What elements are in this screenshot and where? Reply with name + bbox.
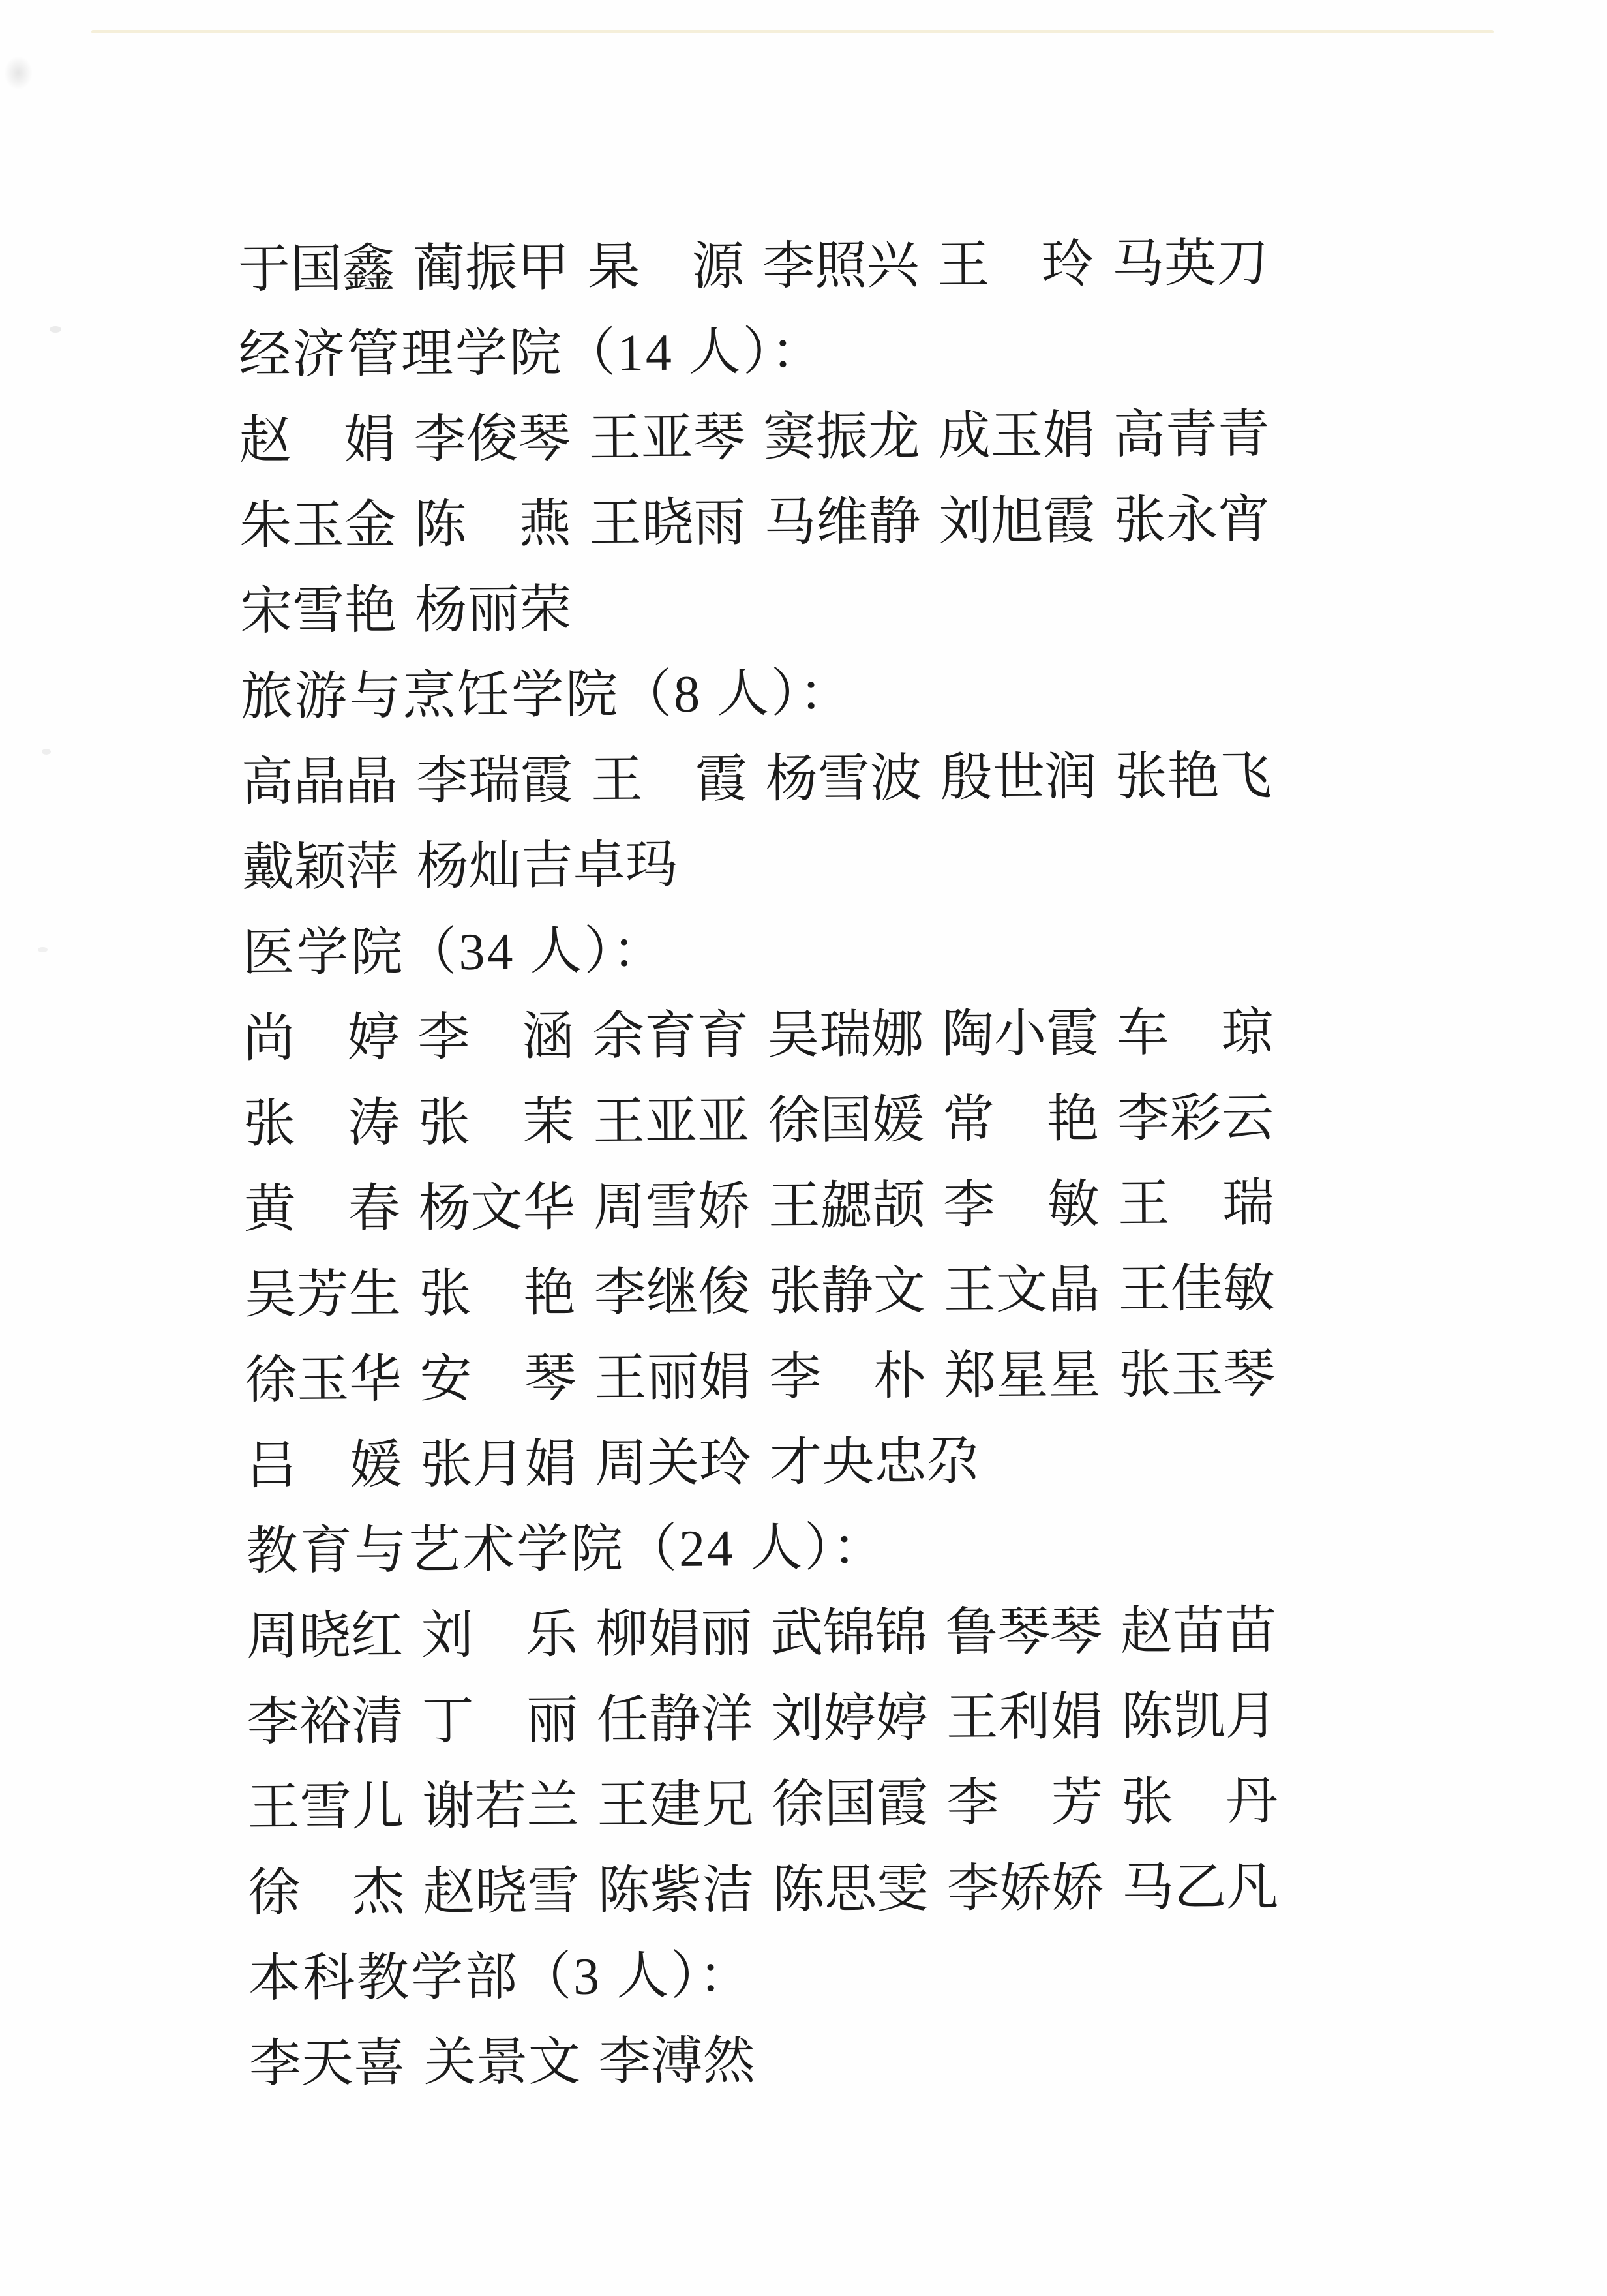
name-row: 李裕清丁 丽任静洋刘婷婷王利娟陈凯月 bbox=[247, 1682, 1296, 1757]
person-name: 王勰颉 bbox=[768, 1172, 925, 1241]
person-name: 陈思雯 bbox=[772, 1856, 929, 1924]
person-name: 才央忠尕 bbox=[770, 1428, 979, 1497]
name-row: 李天喜关景文李溥然 bbox=[249, 2027, 774, 2098]
person-name: 张 艳 bbox=[419, 1260, 576, 1328]
person-name: 马维静 bbox=[764, 489, 921, 557]
person-name: 张 涛 bbox=[243, 1090, 400, 1158]
person-name: 吴芳生 bbox=[244, 1261, 401, 1329]
person-name: 周雪娇 bbox=[593, 1173, 751, 1241]
person-name: 丁 丽 bbox=[421, 1687, 578, 1755]
person-name: 任静洋 bbox=[596, 1685, 753, 1754]
person-name: 徐玉华 bbox=[245, 1346, 402, 1415]
person-name: 李娇娇 bbox=[947, 1854, 1104, 1923]
person-name: 杨雪波 bbox=[766, 745, 923, 813]
person-name: 郑星星 bbox=[944, 1342, 1101, 1410]
person-name: 张 茉 bbox=[418, 1089, 575, 1157]
person-name: 武锦锦 bbox=[771, 1599, 928, 1668]
person-name: 赵苗苗 bbox=[1120, 1597, 1278, 1665]
person-name: 张月娟 bbox=[420, 1430, 577, 1499]
person-name: 安 琴 bbox=[419, 1345, 577, 1413]
person-name: 蔺振甲 bbox=[413, 234, 570, 303]
person-name: 王 霞 bbox=[591, 746, 748, 814]
section-heading: 教育与艺术学院（24 人）： bbox=[246, 1514, 887, 1586]
person-name: 王文晶 bbox=[943, 1256, 1100, 1325]
person-name: 徐国媛 bbox=[768, 1087, 925, 1155]
document-page: 于国鑫蔺振甲杲 源李照兴王 玲马英刀经济管理学院（14 人）：赵 娟李俊琴王亚琴… bbox=[0, 0, 1607, 2296]
person-name: 李 芳 bbox=[946, 1769, 1104, 1837]
section-heading: 本科教学部（3 人）： bbox=[248, 1942, 753, 2013]
name-row: 徐玉华安 琴王丽娟李 朴郑星星张玉琴 bbox=[245, 1340, 1294, 1415]
person-name: 赵 娟 bbox=[239, 406, 396, 475]
person-name: 余育育 bbox=[592, 1002, 749, 1070]
name-row: 徐 杰赵晓雪陈紫洁陈思雯李娇娇马乙凡 bbox=[248, 1853, 1297, 1927]
person-name: 李 敏 bbox=[943, 1171, 1100, 1239]
section-heading: 经济管理学院（14 人）： bbox=[239, 318, 826, 389]
name-row: 戴颖萍杨灿吉卓玛 bbox=[241, 832, 696, 902]
person-name: 常 艳 bbox=[942, 1085, 1100, 1154]
person-name: 李照兴 bbox=[762, 232, 920, 301]
person-name: 马乙凡 bbox=[1122, 1853, 1279, 1922]
person-name: 杨文华 bbox=[419, 1174, 576, 1243]
person-name: 王晓雨 bbox=[589, 489, 746, 558]
person-name: 刘旭霞 bbox=[939, 487, 1096, 556]
person-name: 窦振龙 bbox=[763, 403, 920, 472]
name-row: 张 涛张 茉王亚亚徐国媛常 艳李彩云 bbox=[243, 1084, 1293, 1158]
person-name: 赵晓雪 bbox=[423, 1858, 580, 1926]
person-name: 陈紫洁 bbox=[597, 1856, 755, 1925]
person-name: 马英刀 bbox=[1112, 230, 1269, 298]
person-name: 尚 婷 bbox=[243, 1004, 400, 1073]
person-name: 王利娟 bbox=[946, 1684, 1103, 1752]
person-name: 杨灿吉卓玛 bbox=[416, 832, 678, 901]
person-name: 刘婷婷 bbox=[771, 1685, 928, 1753]
person-name: 王雪儿 bbox=[247, 1773, 404, 1841]
person-name: 周晓红 bbox=[247, 1602, 404, 1670]
person-name: 张永宵 bbox=[1113, 486, 1270, 554]
person-name: 徐国霞 bbox=[772, 1770, 929, 1839]
name-row: 王雪儿谢若兰王建兄徐国霞李 芳张 丹 bbox=[247, 1768, 1297, 1842]
name-row: 吕 媛张月娟周关玲才央忠尕 bbox=[245, 1428, 997, 1500]
person-name: 李彩云 bbox=[1117, 1084, 1274, 1153]
person-name: 李溥然 bbox=[599, 2027, 756, 2096]
person-name: 李继俊 bbox=[593, 1258, 751, 1327]
person-name: 李裕清 bbox=[247, 1687, 404, 1756]
person-name: 李 朴 bbox=[769, 1343, 926, 1412]
person-name: 朱玉金 bbox=[239, 492, 397, 560]
person-name: 王亚琴 bbox=[588, 404, 745, 472]
person-name: 高晶晶 bbox=[241, 748, 398, 817]
person-name: 关景文 bbox=[424, 2029, 581, 2097]
person-name: 戴颖萍 bbox=[241, 834, 398, 902]
person-name: 李瑞霞 bbox=[416, 747, 573, 815]
person-name: 成玉娟 bbox=[938, 402, 1095, 470]
person-name: 王 玲 bbox=[937, 231, 1094, 299]
name-row: 高晶晶李瑞霞王 霞杨雪波殷世润张艳飞 bbox=[241, 742, 1291, 817]
name-row: 宋雪艳杨丽荣 bbox=[240, 576, 590, 646]
document-content: 于国鑫蔺振甲杲 源李照兴王 玲马英刀经济管理学院（14 人）：赵 娟李俊琴王亚琴… bbox=[0, 0, 1607, 2296]
person-name: 陶小霞 bbox=[942, 1000, 1099, 1068]
name-row: 黄 春杨文华周雪娇王勰颉李 敏王 瑞 bbox=[244, 1170, 1293, 1244]
person-name: 王 瑞 bbox=[1118, 1170, 1275, 1238]
name-row: 赵 娟李俊琴王亚琴窦振龙成玉娟高青青 bbox=[239, 400, 1288, 475]
person-name: 张艳飞 bbox=[1115, 742, 1272, 811]
name-row: 朱玉金陈 燕王晓雨马维静刘旭霞张永宵 bbox=[239, 486, 1289, 560]
person-name: 杲 源 bbox=[588, 233, 745, 301]
person-name: 鲁琴琴 bbox=[946, 1598, 1103, 1667]
name-row: 吴芳生张 艳李继俊张静文王文晶王佳敏 bbox=[244, 1255, 1293, 1329]
person-name: 高青青 bbox=[1113, 400, 1270, 469]
person-name: 李俊琴 bbox=[413, 405, 571, 474]
person-name: 吴瑞娜 bbox=[767, 1001, 924, 1070]
person-name: 吕 媛 bbox=[245, 1432, 402, 1500]
section-heading: 医学院（34 人）： bbox=[242, 917, 667, 988]
section-heading: 旅游与烹饪学院（8 人）： bbox=[241, 659, 854, 731]
person-name: 王建兄 bbox=[597, 1771, 754, 1839]
person-name: 黄 春 bbox=[244, 1175, 401, 1244]
person-name: 柳娟丽 bbox=[596, 1600, 753, 1669]
person-name: 周关玲 bbox=[595, 1429, 752, 1498]
name-row: 尚 婷李 涵余育育吴瑞娜陶小霞车 琼 bbox=[243, 999, 1292, 1073]
person-name: 杨丽荣 bbox=[415, 576, 572, 644]
person-name: 李天喜 bbox=[249, 2029, 406, 2098]
person-name: 张静文 bbox=[768, 1258, 925, 1326]
name-row: 于国鑫蔺振甲杲 源李照兴王 玲马英刀 bbox=[238, 230, 1287, 304]
person-name: 王佳敏 bbox=[1118, 1255, 1275, 1323]
person-name: 张玉琴 bbox=[1119, 1340, 1276, 1409]
person-name: 王亚亚 bbox=[593, 1087, 750, 1156]
person-name: 王丽娟 bbox=[594, 1344, 751, 1412]
person-name: 徐 杰 bbox=[248, 1858, 405, 1927]
person-name: 张 丹 bbox=[1121, 1768, 1278, 1836]
name-row: 周晓红刘 乐柳娟丽武锦锦鲁琴琴赵苗苗 bbox=[247, 1597, 1296, 1671]
person-name: 李 涵 bbox=[417, 1003, 575, 1072]
person-name: 陈凯月 bbox=[1120, 1682, 1278, 1751]
person-name: 车 琼 bbox=[1117, 999, 1274, 1067]
person-name: 陈 燕 bbox=[414, 491, 571, 559]
person-name: 谢若兰 bbox=[422, 1772, 579, 1841]
person-name: 刘 乐 bbox=[421, 1601, 578, 1670]
person-name: 殷世润 bbox=[940, 744, 1098, 812]
person-name: 宋雪艳 bbox=[240, 577, 397, 646]
person-name: 于国鑫 bbox=[238, 235, 395, 304]
